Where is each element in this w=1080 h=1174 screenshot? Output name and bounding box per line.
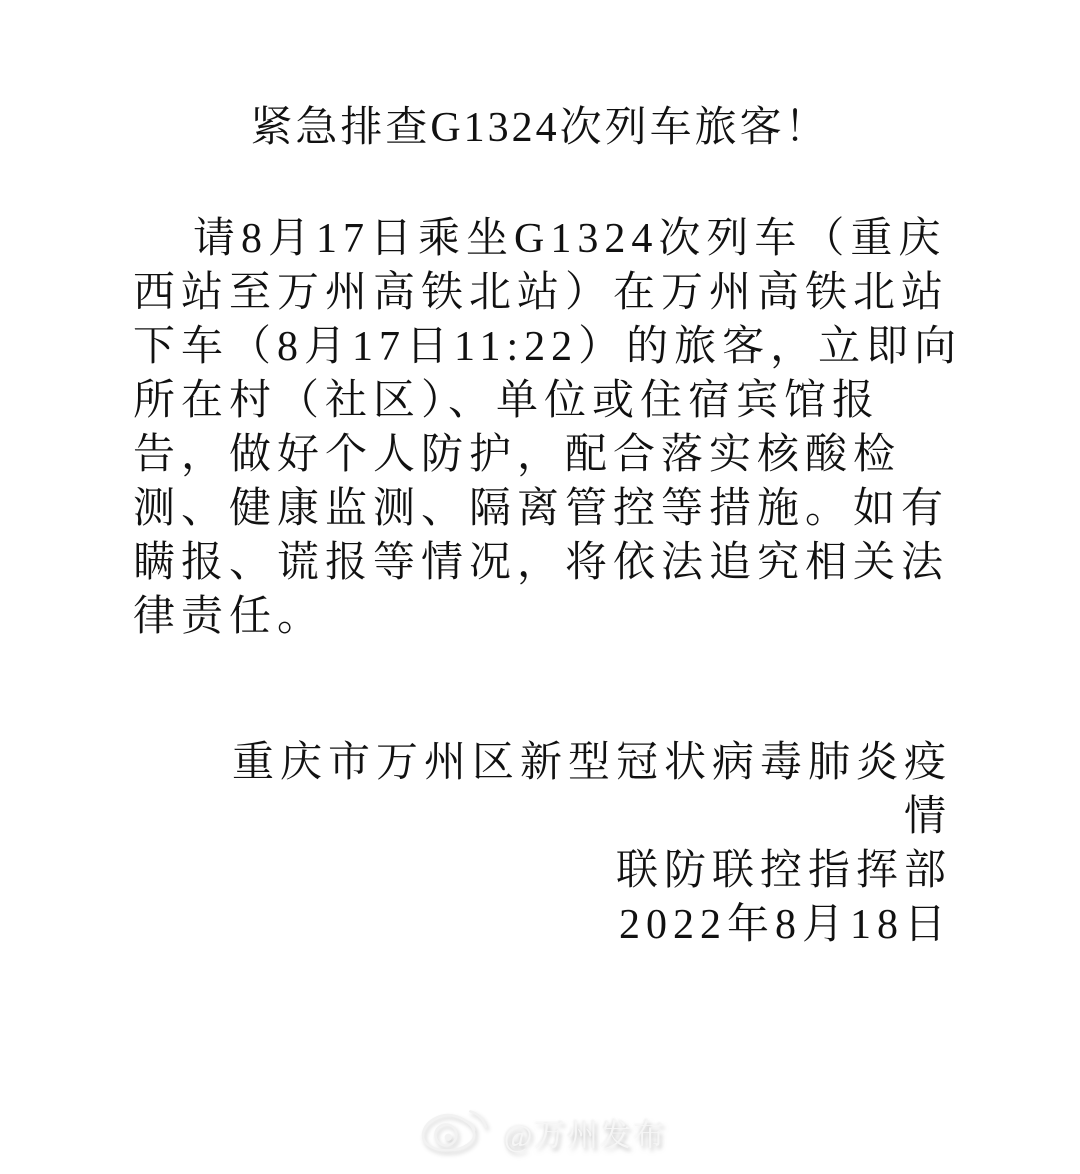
- signature-line: 重庆市万州区新型冠状病毒肺炎疫: [0, 736, 952, 790]
- body-line: 西站至万州高铁北站）在万州高铁北站: [133, 266, 957, 320]
- signature-line: 联防联控指挥部: [0, 844, 952, 898]
- body-line: 所在村（社区）、单位或住宿宾馆报: [133, 374, 957, 428]
- signature-block: 重庆市万州区新型冠状病毒肺炎疫 情 联防联控指挥部 2022年8月18日: [0, 736, 952, 952]
- body-line: 瞒报、谎报等情况，将依法追究相关法: [133, 536, 957, 590]
- signature-date: 2022年8月18日: [0, 898, 952, 952]
- body-line: 下车（8月17日11:22）的旅客，立即向: [133, 320, 957, 374]
- watermark: @万州发布: [0, 1104, 1080, 1161]
- notice-body: 请8月17日乘坐G1324次列车（重庆 西站至万州高铁北站）在万州高铁北站 下车…: [133, 212, 957, 644]
- notice-title: 紧急排查G1324次列车旅客！: [0, 100, 1080, 156]
- signature-line: 情: [0, 790, 952, 844]
- body-line: 告，做好个人防护，配合落实核酸检: [133, 428, 957, 482]
- body-line: 律责任。: [133, 590, 957, 644]
- body-line: 测、健康监测、隔离管控等措施。如有: [133, 482, 957, 536]
- weibo-icon: [414, 1104, 494, 1161]
- notice-image: 紧急排查G1324次列车旅客！ 请8月17日乘坐G1324次列车（重庆 西站至万…: [0, 0, 1080, 1174]
- body-line: 请8月17日乘坐G1324次列车（重庆: [133, 212, 957, 266]
- watermark-handle: @万州发布: [504, 1110, 667, 1155]
